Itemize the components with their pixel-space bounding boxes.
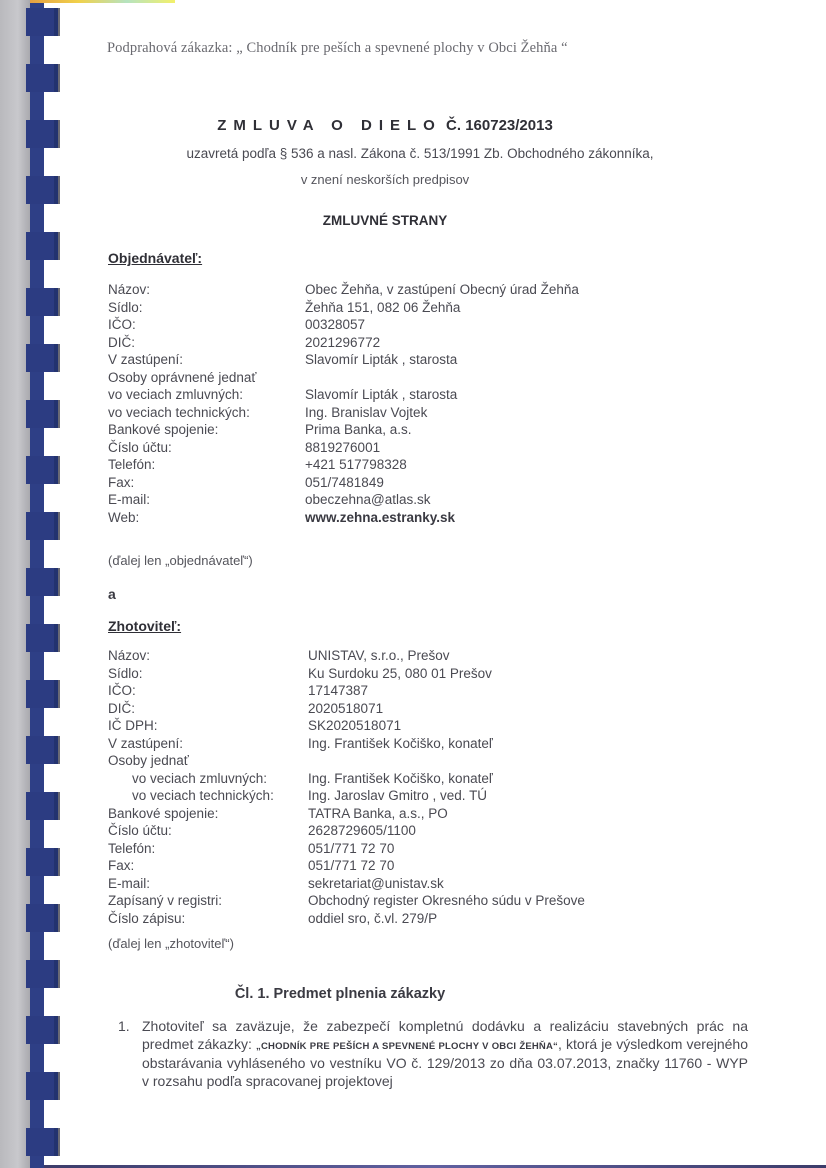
comb-tooth [26, 400, 60, 428]
article-1-heading: Čl. 1. Predmet plnenia zákazky [60, 986, 620, 1002]
detail-value: 17147387 [308, 682, 728, 700]
detail-row: V zastúpení:Slavomír Lipták , starosta [108, 351, 728, 369]
comb-tooth [26, 792, 60, 820]
detail-value: Ing. Branislav Vojtek [305, 404, 728, 422]
detail-row: Web:www.zehna.estranky.sk [108, 509, 728, 527]
comb-tooth [26, 1072, 60, 1100]
detail-value: sekretariat@unistav.sk [308, 875, 728, 893]
detail-key: Fax: [108, 474, 305, 492]
contract-legal-basis: uzavretá podľa § 536 a nasl. Zákona č. 5… [60, 146, 780, 161]
detail-value: Slavomír Lipták , starosta [305, 351, 728, 369]
detail-row: V zastúpení:Ing. František Kočiško, kona… [108, 735, 728, 753]
detail-row: Osoby jednať [108, 752, 728, 770]
detail-row: DIČ:2020518071 [108, 700, 728, 718]
comb-tooth [26, 120, 60, 148]
detail-key: Telefón: [108, 840, 308, 858]
detail-key: Číslo účtu: [108, 822, 308, 840]
comb-tooth [26, 736, 60, 764]
detail-row: Názov:UNISTAV, s.r.o., Prešov [108, 647, 728, 665]
contract-title: ZMLUVA O DIELO Č. 160723/2013 [60, 117, 710, 134]
ordering-party-label: Objednávateľ: [108, 250, 202, 266]
detail-value: 051/7481849 [305, 474, 728, 492]
detail-key: Osoby oprávnené jednať [108, 369, 305, 387]
detail-key: V zastúpení: [108, 735, 308, 753]
detail-key: IČO: [108, 316, 305, 334]
detail-value [305, 369, 728, 387]
detail-key: E-mail: [108, 491, 305, 509]
comb-tooth [26, 288, 60, 316]
detail-value: 2021296772 [305, 334, 728, 352]
detail-key: vo veciach technických: [108, 787, 308, 805]
detail-key: IČO: [108, 682, 308, 700]
detail-row: Číslo účtu:2628729605/1100 [108, 822, 728, 840]
detail-key: Osoby jednať [108, 752, 308, 770]
detail-row: Bankové spojenie:TATRA Banka, a.s., PO [108, 805, 728, 823]
item-text: Zhotoviteľ sa zaväzuje, že zabezpečí kom… [142, 1018, 748, 1090]
detail-key: IČ DPH: [108, 717, 308, 735]
contract-legal-basis-2: v znení neskorších predpisov [60, 172, 710, 187]
detail-row: DIČ:2021296772 [108, 334, 728, 352]
detail-value: Ing. Jaroslav Gmitro , ved. TÚ [308, 787, 728, 805]
detail-value: +421 517798328 [305, 456, 728, 474]
comb-tooth [26, 1128, 60, 1156]
detail-key: Fax: [108, 857, 308, 875]
parties-heading: ZMLUVNÉ STRANY [60, 213, 710, 228]
detail-key: Číslo účtu: [108, 439, 305, 457]
detail-key: vo veciach technických: [108, 404, 305, 422]
procurement-header: Podprahová zákazka: „ Chodník pre peších… [107, 40, 647, 57]
detail-value: UNISTAV, s.r.o., Prešov [308, 647, 728, 665]
detail-value: Slavomír Lipták , starosta [305, 386, 728, 404]
detail-row: Číslo účtu:8819276001 [108, 439, 728, 457]
detail-key: DIČ: [108, 700, 308, 718]
article-1-item-1: 1. Zhotoviteľ sa zaväzuje, že zabezpečí … [120, 1018, 748, 1090]
comb-tooth [26, 344, 60, 372]
comb-tooth [26, 64, 60, 92]
detail-value: Prima Banka, a.s. [305, 421, 728, 439]
detail-key: Bankové spojenie: [108, 421, 305, 439]
detail-key: Telefón: [108, 456, 305, 474]
detail-row: vo veciach technických:Ing. Branislav Vo… [108, 404, 728, 422]
detail-row: Osoby oprávnené jednať [108, 369, 728, 387]
contractor-details: Názov:UNISTAV, s.r.o., PrešovSídlo:Ku Su… [108, 647, 728, 927]
comb-tooth [26, 8, 60, 36]
detail-value: TATRA Banka, a.s., PO [308, 805, 728, 823]
contractor-label: Zhotoviteľ: [108, 618, 181, 634]
detail-key: DIČ: [108, 334, 305, 352]
detail-row: Fax:051/771 72 70 [108, 857, 728, 875]
contract-title-text: ZMLUVA O DIELO [217, 117, 442, 134]
comb-tooth [26, 960, 60, 988]
detail-value: www.zehna.estranky.sk [305, 509, 728, 527]
detail-key: Názov: [108, 281, 305, 299]
detail-key: Web: [108, 509, 305, 527]
detail-row: vo veciach zmluvných:Slavomír Lipták , s… [108, 386, 728, 404]
comb-tooth [26, 1016, 60, 1044]
detail-key: Bankové spojenie: [108, 805, 308, 823]
conjunction: a [108, 586, 116, 602]
comb-tooth [26, 456, 60, 484]
ordering-party-note: (ďalej len „objednávateľ“) [108, 553, 253, 568]
detail-row: vo veciach technických:Ing. Jaroslav Gmi… [108, 787, 728, 805]
detail-key: E-mail: [108, 875, 308, 893]
detail-row: Telefón:051/771 72 70 [108, 840, 728, 858]
detail-row: Bankové spojenie:Prima Banka, a.s. [108, 421, 728, 439]
detail-value: 2020518071 [308, 700, 728, 718]
detail-row: E-mail:obeczehna@atlas.sk [108, 491, 728, 509]
detail-value: Obchodný register Okresného súdu v Prešo… [308, 892, 728, 910]
detail-row: E-mail:sekretariat@unistav.sk [108, 875, 728, 893]
detail-row: IČO:00328057 [108, 316, 728, 334]
detail-value: oddiel sro, č.vl. 279/P [308, 910, 728, 928]
detail-row: IČO:17147387 [108, 682, 728, 700]
project-title-caps: „CHODNÍK PRE PEŠÍCH A SPEVNENÉ PLOCHY V … [256, 1041, 558, 1052]
detail-value: 00328057 [305, 316, 728, 334]
detail-row: vo veciach zmluvných:Ing. František Koči… [108, 770, 728, 788]
contract-number: Č. 160723/2013 [446, 117, 553, 134]
detail-key: V zastúpení: [108, 351, 305, 369]
detail-value [308, 752, 728, 770]
detail-value: 8819276001 [305, 439, 728, 457]
detail-value: Ku Surdoku 25, 080 01 Prešov [308, 665, 728, 683]
ordering-party-details: Názov:Obec Žehňa, v zastúpení Obecný úra… [108, 281, 728, 526]
detail-value: 051/771 72 70 [308, 840, 728, 858]
detail-value: Ing. František Kočiško, konateľ [308, 770, 728, 788]
comb-tooth [26, 904, 60, 932]
item-number: 1. [118, 1018, 130, 1036]
comb-tooth [26, 680, 60, 708]
detail-key: vo veciach zmluvných: [108, 770, 308, 788]
detail-row: Názov:Obec Žehňa, v zastúpení Obecný úra… [108, 281, 728, 299]
detail-key: Sídlo: [108, 299, 305, 317]
detail-value: 2628729605/1100 [308, 822, 728, 840]
detail-value: Ing. František Kočiško, konateľ [308, 735, 728, 753]
detail-value: 051/771 72 70 [308, 857, 728, 875]
detail-key: Číslo zápisu: [108, 910, 308, 928]
detail-row: Sídlo:Žehňa 151, 082 06 Žehňa [108, 299, 728, 317]
document-page: Podprahová zákazka: „ Chodník pre peších… [60, 0, 826, 1168]
comb-tooth [26, 848, 60, 876]
detail-key: vo veciach zmluvných: [108, 386, 305, 404]
detail-key: Zapísaný v registri: [108, 892, 308, 910]
detail-value: obeczehna@atlas.sk [305, 491, 728, 509]
detail-row: Telefón:+421 517798328 [108, 456, 728, 474]
detail-value: Obec Žehňa, v zastúpení Obecný úrad Žehň… [305, 281, 728, 299]
comb-tooth [26, 624, 60, 652]
comb-tooth [26, 232, 60, 260]
detail-row: Sídlo:Ku Surdoku 25, 080 01 Prešov [108, 665, 728, 683]
contractor-note: (ďalej len „zhotoviteľ“) [108, 936, 234, 951]
detail-row: Zapísaný v registri:Obchodný register Ok… [108, 892, 728, 910]
detail-row: Fax:051/7481849 [108, 474, 728, 492]
detail-value: Žehňa 151, 082 06 Žehňa [305, 299, 728, 317]
detail-value: SK2020518071 [308, 717, 728, 735]
detail-row: Číslo zápisu:oddiel sro, č.vl. 279/P [108, 910, 728, 928]
detail-key: Názov: [108, 647, 308, 665]
detail-row: IČ DPH:SK2020518071 [108, 717, 728, 735]
comb-tooth [26, 176, 60, 204]
detail-key: Sídlo: [108, 665, 308, 683]
comb-tooth [26, 568, 60, 596]
comb-tooth [26, 512, 60, 540]
